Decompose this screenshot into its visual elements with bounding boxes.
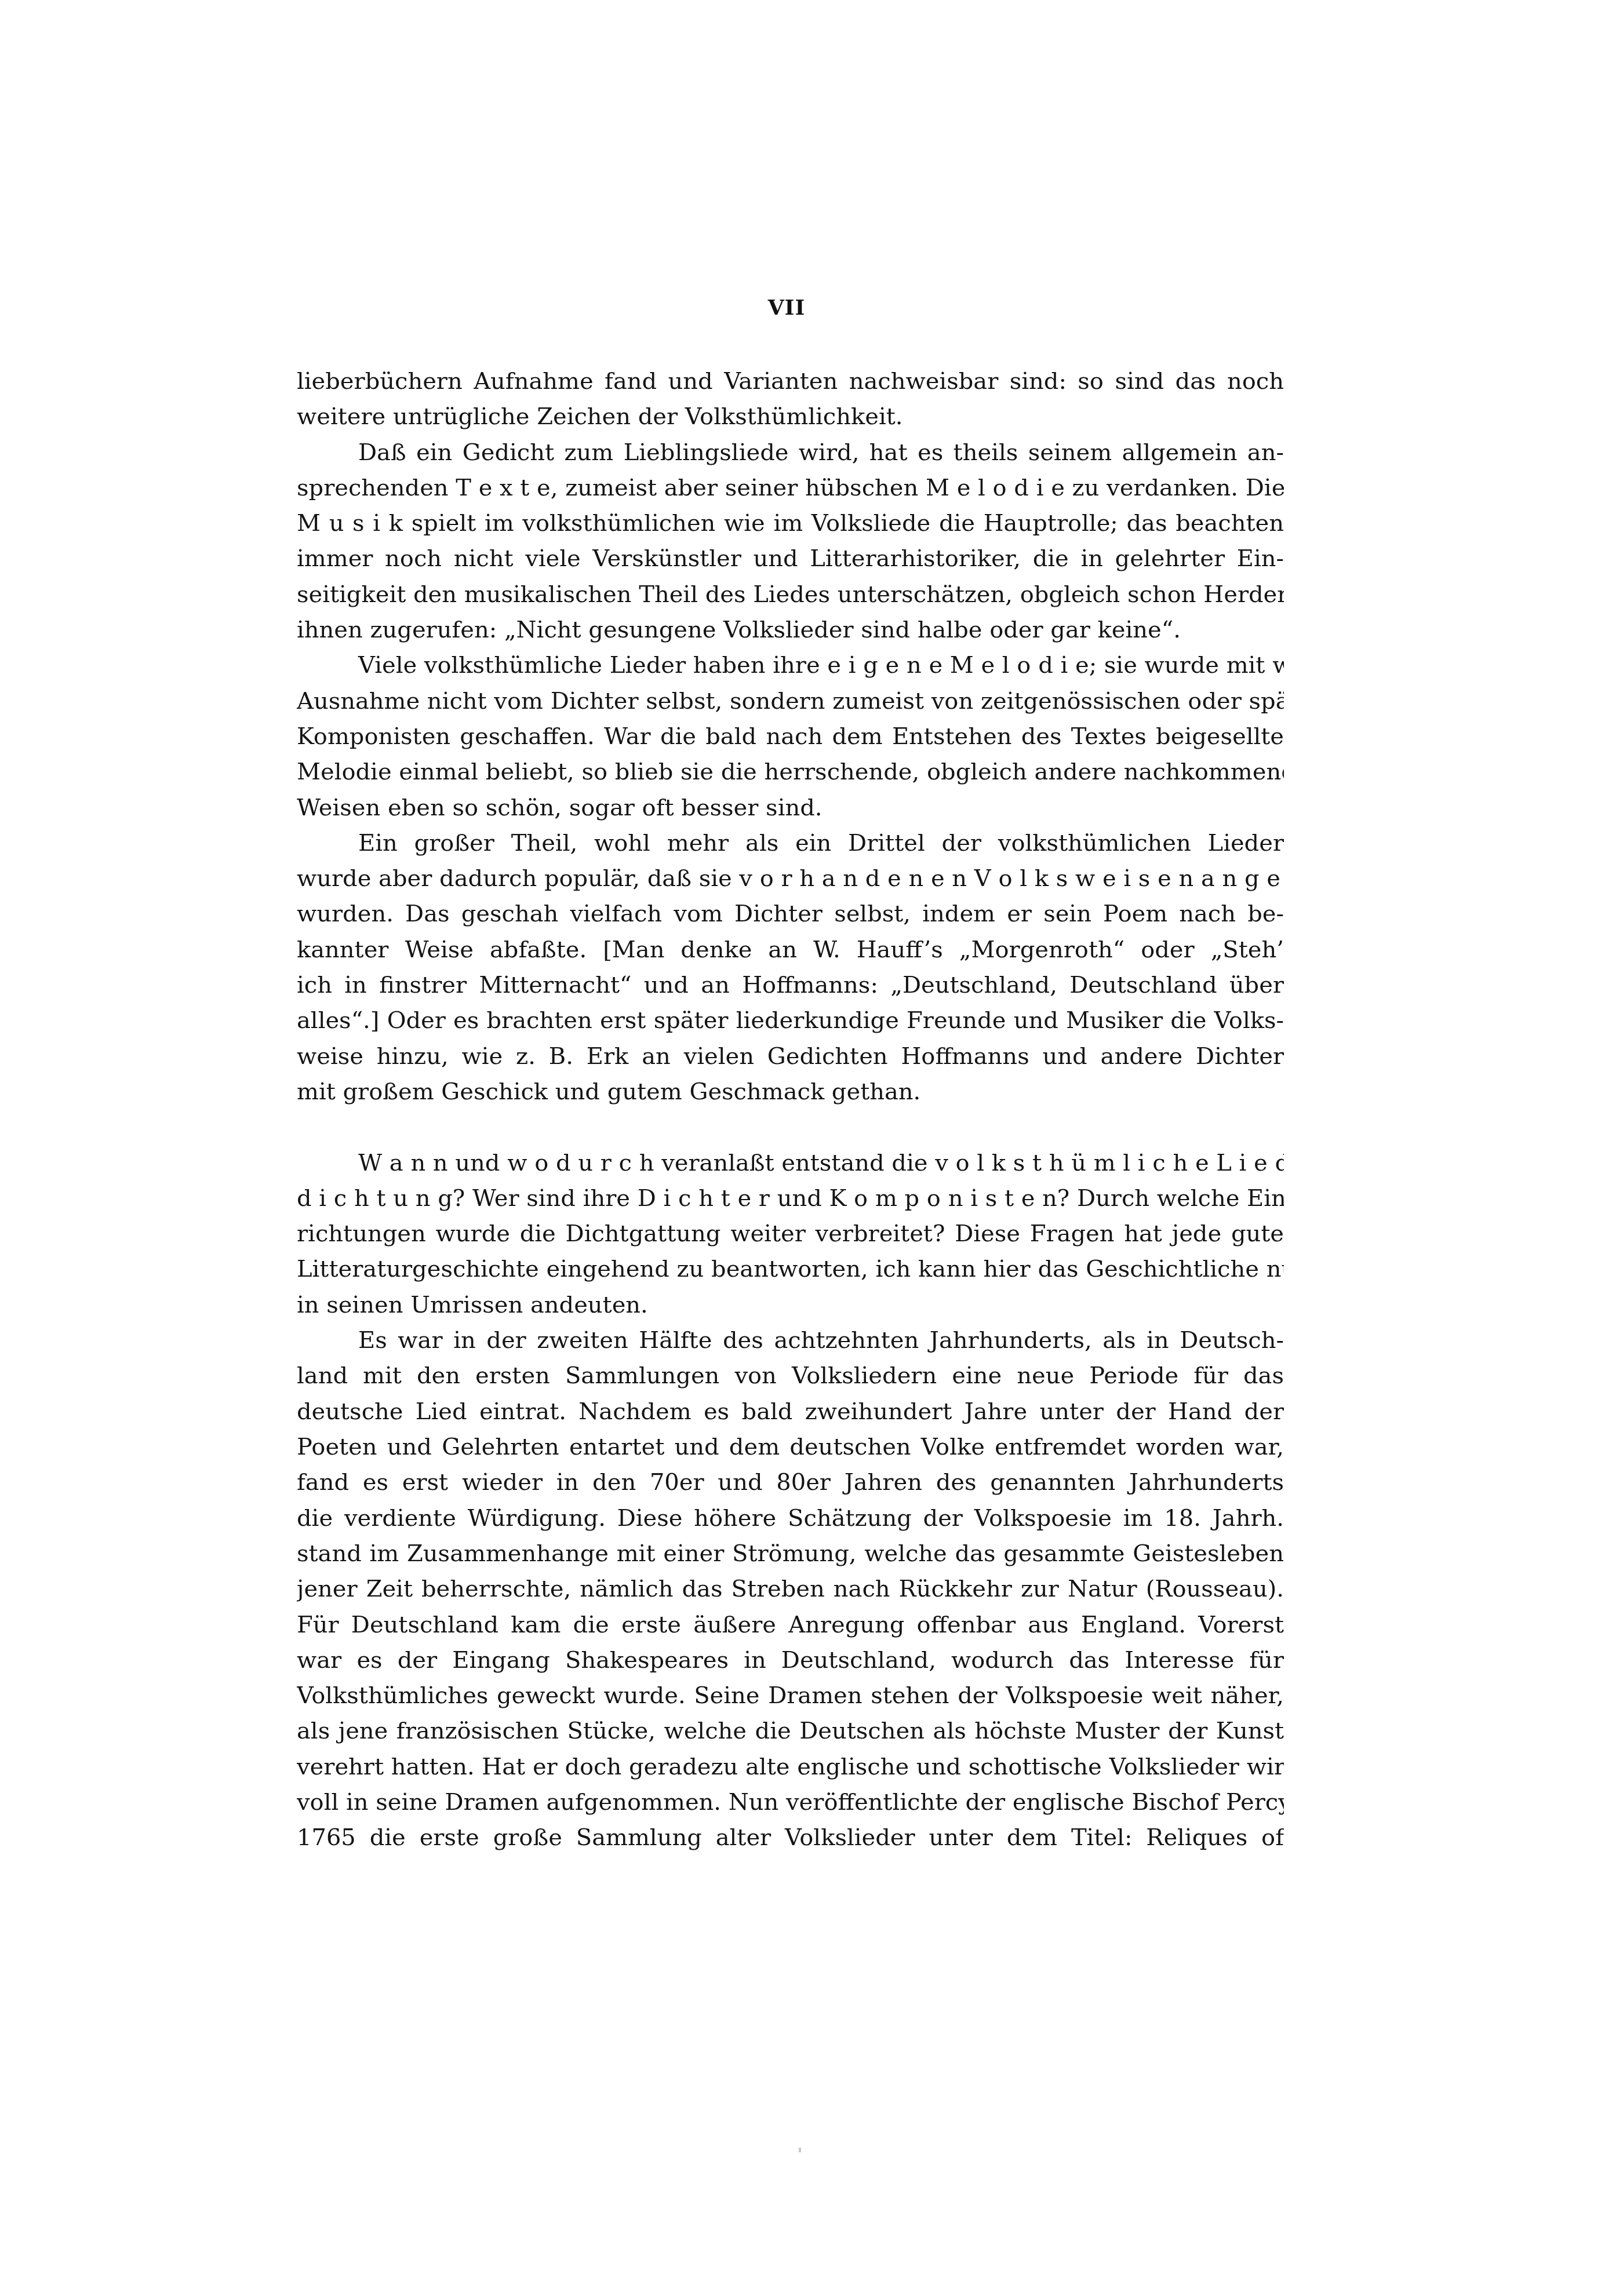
text-line: lieberbüchern Aufnahme fand und Variante… <box>297 364 1284 399</box>
text-line: Daß ein Gedicht zum Lieblingsliede wird,… <box>297 435 1284 471</box>
text-line: 1765 die erste große Sammlung alter Volk… <box>297 1820 1284 1856</box>
text-line: als jene französischen Stücke, welche di… <box>297 1714 1284 1749</box>
text-line: Viele volksthümliche Lieder haben ihre e… <box>297 648 1284 683</box>
text-line: d i c h t u n g? Wer sind ihre D i c h t… <box>297 1181 1284 1216</box>
text-line: land mit den ersten Sammlungen von Volks… <box>297 1358 1284 1394</box>
text-line: Es war in der zweiten Hälfte des achtzeh… <box>297 1323 1284 1358</box>
text-line: M u s i k spielt im volksthümlichen wie … <box>297 506 1284 541</box>
text-line: Für Deutschland kam die erste äußere Anr… <box>297 1608 1284 1643</box>
text-line: in seinen Umrissen andeuten. <box>297 1288 1284 1323</box>
text-line: Litteraturgeschichte eingehend zu beantw… <box>297 1252 1284 1287</box>
text-line: sprechenden T e x t e, zumeist aber sein… <box>297 471 1284 506</box>
text-line: Weisen eben so schön, sogar oft besser s… <box>297 790 1284 826</box>
text-line: kannter Weise abfaßte. [Man denke an W. … <box>297 932 1284 968</box>
text-line: war es der Eingang Shakespeares in Deuts… <box>297 1643 1284 1678</box>
text-line: wurde aber dadurch populär, daß sie v o … <box>297 861 1284 896</box>
scan-speck <box>799 2148 801 2152</box>
text-line: die verdiente Würdigung. Diese höhere Sc… <box>297 1501 1284 1536</box>
text-line: Ein großer Theil, wohl mehr als ein Drit… <box>297 826 1284 861</box>
text-line: voll in seine Dramen aufgenommen. Nun ve… <box>297 1785 1284 1820</box>
text-line: deutsche Lied eintrat. Nachdem es bald z… <box>297 1394 1284 1430</box>
text-line: mit großem Geschick und gutem Geschmack … <box>297 1074 1284 1110</box>
text-line: Komponisten geschaffen. War die bald nac… <box>297 719 1284 755</box>
text-line: Poeten und Gelehrten entartet und dem de… <box>297 1430 1284 1465</box>
text-line: Volksthümliches geweckt wurde. Seine Dra… <box>297 1678 1284 1714</box>
text-line: weitere untrügliche Zeichen der Volksthü… <box>297 399 1284 435</box>
text-line: ich in finstrer Mitternacht“ und an Hoff… <box>297 968 1284 1003</box>
text-line: seitigkeit den musikalischen Theil des L… <box>297 577 1284 613</box>
text-line: stand im Zusammenhange mit einer Strömun… <box>297 1536 1284 1572</box>
text-line: fand es erst wieder in den 70er und 80er… <box>297 1465 1284 1500</box>
text-line: weise hinzu, wie z. B. Erk an vielen Ged… <box>297 1039 1284 1074</box>
text-line: W a n n und w o d u r c h veranlaßt ents… <box>297 1146 1284 1181</box>
text-line: verehrt hatten. Hat er doch geradezu alt… <box>297 1750 1284 1785</box>
text-line: jener Zeit beherrschte, nämlich das Stre… <box>297 1572 1284 1607</box>
page-number: VII <box>725 296 849 320</box>
text-line: ihnen zugerufen: „Nicht gesungene Volksl… <box>297 613 1284 648</box>
text-line: Ausnahme nicht vom Dichter selbst, sonde… <box>297 684 1284 719</box>
text-line: immer noch nicht viele Verskünstler und … <box>297 541 1284 577</box>
text-line: wurden. Das geschah vielfach vom Dichter… <box>297 896 1284 932</box>
book-page: VII lieberbüchern Aufnahme fand und Vari… <box>0 0 1623 2296</box>
text-line: alles“.] Oder es brachten erst später li… <box>297 1003 1284 1038</box>
text-line: richtungen wurde die Dichtgattung weiter… <box>297 1216 1284 1252</box>
text-line: Melodie einmal beliebt, so blieb sie die… <box>297 755 1284 790</box>
